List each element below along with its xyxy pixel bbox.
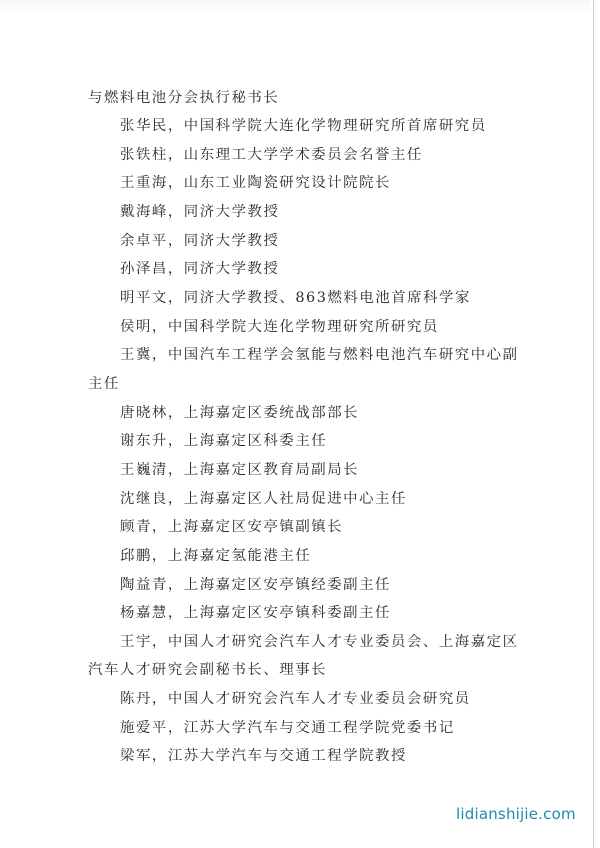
member-entry: 沈继良，上海嘉定区人社局促进中心主任 [120, 490, 407, 508]
member-entry: 王宇，中国人才研究会汽车人才专业委员会、上海嘉定区 [120, 633, 519, 651]
member-entry: 邱鹏，上海嘉定氢能港主任 [120, 547, 311, 565]
document-page: 与燃料电池分会执行秘书长 张华民，中国科学院大连化学物理研究所首席研究员 张铁柱… [0, 0, 600, 848]
member-entry: 杨嘉慧，上海嘉定区安亭镇科委副主任 [120, 604, 391, 622]
member-entry: 施爱平，江苏大学汽车与交通工程学院党委书记 [120, 719, 455, 737]
member-entry: 侯明，中国科学院大连化学物理研究所研究员 [120, 318, 439, 336]
text-line-continuation: 与燃料电池分会执行秘书长 [88, 89, 279, 107]
member-entry: 孙泽昌，同济大学教授 [120, 260, 279, 278]
member-entry: 顾青，上海嘉定区安亭镇副镇长 [120, 518, 343, 536]
member-entry: 余卓平，同济大学教授 [120, 232, 279, 250]
member-entry: 梁军，江苏大学汽车与交通工程学院教授 [120, 747, 407, 765]
member-entry: 王巍清，上海嘉定区教育局副局长 [120, 461, 359, 479]
member-entry: 陈丹，中国人才研究会汽车人才专业委员会研究员 [120, 690, 471, 708]
member-entry: 戴海峰，同济大学教授 [120, 203, 279, 221]
member-entry: 王冀，中国汽车工程学会氢能与燃料电池汽车研究中心副 [120, 346, 519, 364]
member-entry: 唐晓林，上海嘉定区委统战部部长 [120, 404, 359, 422]
member-entry: 王重海，山东工业陶瓷研究设计院院长 [120, 174, 391, 192]
text-line-continuation: 主任 [88, 375, 120, 393]
member-entry: 张铁柱，山东理工大学学术委员会名誉主任 [120, 146, 423, 164]
text-line-continuation: 汽车人才研究会副秘书长、理事长 [88, 661, 327, 679]
watermark-logo-text: lidianshijie.com [456, 805, 576, 823]
member-entry: 陶益青，上海嘉定区安亭镇经委副主任 [120, 576, 391, 594]
member-entry: 谢东升，上海嘉定区科委主任 [120, 432, 327, 450]
member-entry: 张华民，中国科学院大连化学物理研究所首席研究员 [120, 117, 487, 135]
member-entry: 明平文，同济大学教授、863燃料电池首席科学家 [120, 289, 471, 307]
